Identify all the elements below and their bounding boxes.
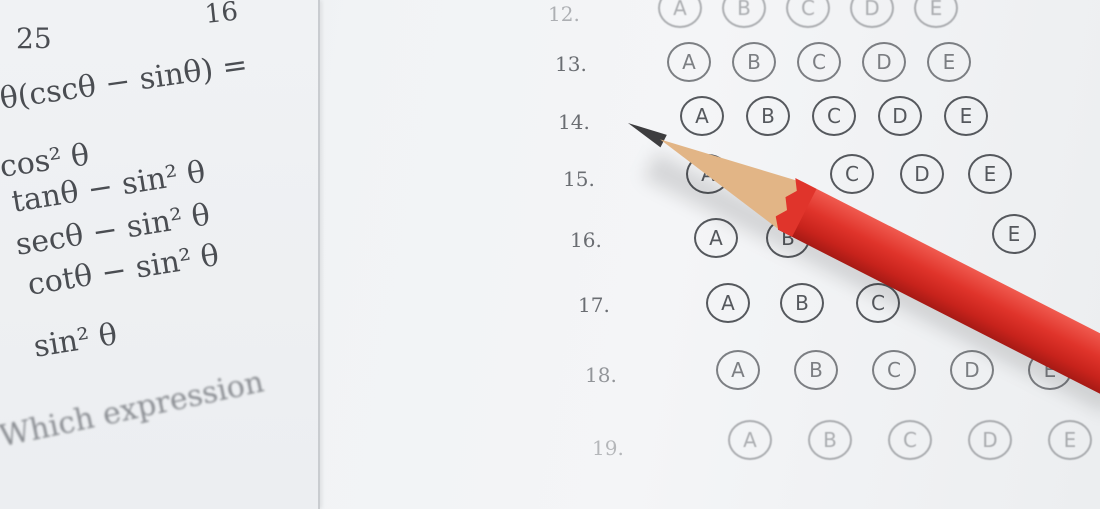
question-number: 13. [555, 52, 587, 76]
answer-bubble[interactable]: B [780, 283, 824, 323]
answer-bubble[interactable]: B [794, 350, 838, 390]
answer-bubble[interactable]: A [716, 350, 760, 390]
answer-bubble[interactable]: D [862, 42, 906, 82]
answer-bubble[interactable]: B [808, 420, 852, 460]
answer-bubble[interactable]: E [968, 154, 1012, 194]
answer-bubble[interactable]: B [732, 42, 776, 82]
red-pencil [616, 99, 1100, 401]
answer-bubble[interactable]: C [872, 350, 916, 390]
answer-bubble[interactable]: D [968, 420, 1012, 460]
math-line: 25 [16, 22, 52, 55]
answer-bubble[interactable]: A [728, 420, 772, 460]
answer-bubble[interactable]: D [878, 96, 922, 136]
answer-bubble[interactable]: C [812, 96, 856, 136]
answer-bubble[interactable]: E [914, 0, 958, 28]
answer-bubble[interactable]: E [1048, 420, 1092, 460]
answer-bubble[interactable]: B [722, 0, 766, 28]
question-number: 15. [563, 167, 595, 191]
question-number: 19. [592, 436, 624, 460]
question-number: 17. [578, 293, 610, 317]
answer-bubble[interactable]: E [992, 214, 1036, 254]
question-number: 12. [548, 2, 580, 26]
math-line: Which expression [0, 364, 267, 454]
math-line: θ(cscθ − sinθ) = [0, 47, 250, 116]
answer-bubble[interactable]: D [950, 350, 994, 390]
question-number: 16. [570, 228, 602, 252]
answer-bubble[interactable]: A [706, 283, 750, 323]
question-number: 18. [585, 363, 617, 387]
answer-bubble[interactable]: E [927, 42, 971, 82]
question-number: 14. [558, 110, 590, 134]
math-line: 16 [203, 0, 239, 30]
answer-bubble[interactable]: C [830, 154, 874, 194]
question-sheet: 25 16 θ(cscθ − sinθ) = cos² θ tanθ − sin… [0, 0, 320, 509]
math-line: sin² θ [31, 317, 119, 365]
answer-bubble[interactable]: C [888, 420, 932, 460]
answer-bubble[interactable]: A [694, 218, 738, 258]
answer-bubble[interactable]: C [797, 42, 841, 82]
answer-bubble[interactable]: C [786, 0, 830, 28]
answer-bubble[interactable]: D [850, 0, 894, 28]
photo-scene: 25 16 θ(cscθ − sinθ) = cos² θ tanθ − sin… [0, 0, 1100, 509]
answer-bubble[interactable]: E [944, 96, 988, 136]
answer-bubble[interactable]: B [746, 96, 790, 136]
answer-bubble[interactable]: D [900, 154, 944, 194]
answer-bubble[interactable]: A [667, 42, 711, 82]
answer-bubble[interactable]: A [658, 0, 702, 28]
